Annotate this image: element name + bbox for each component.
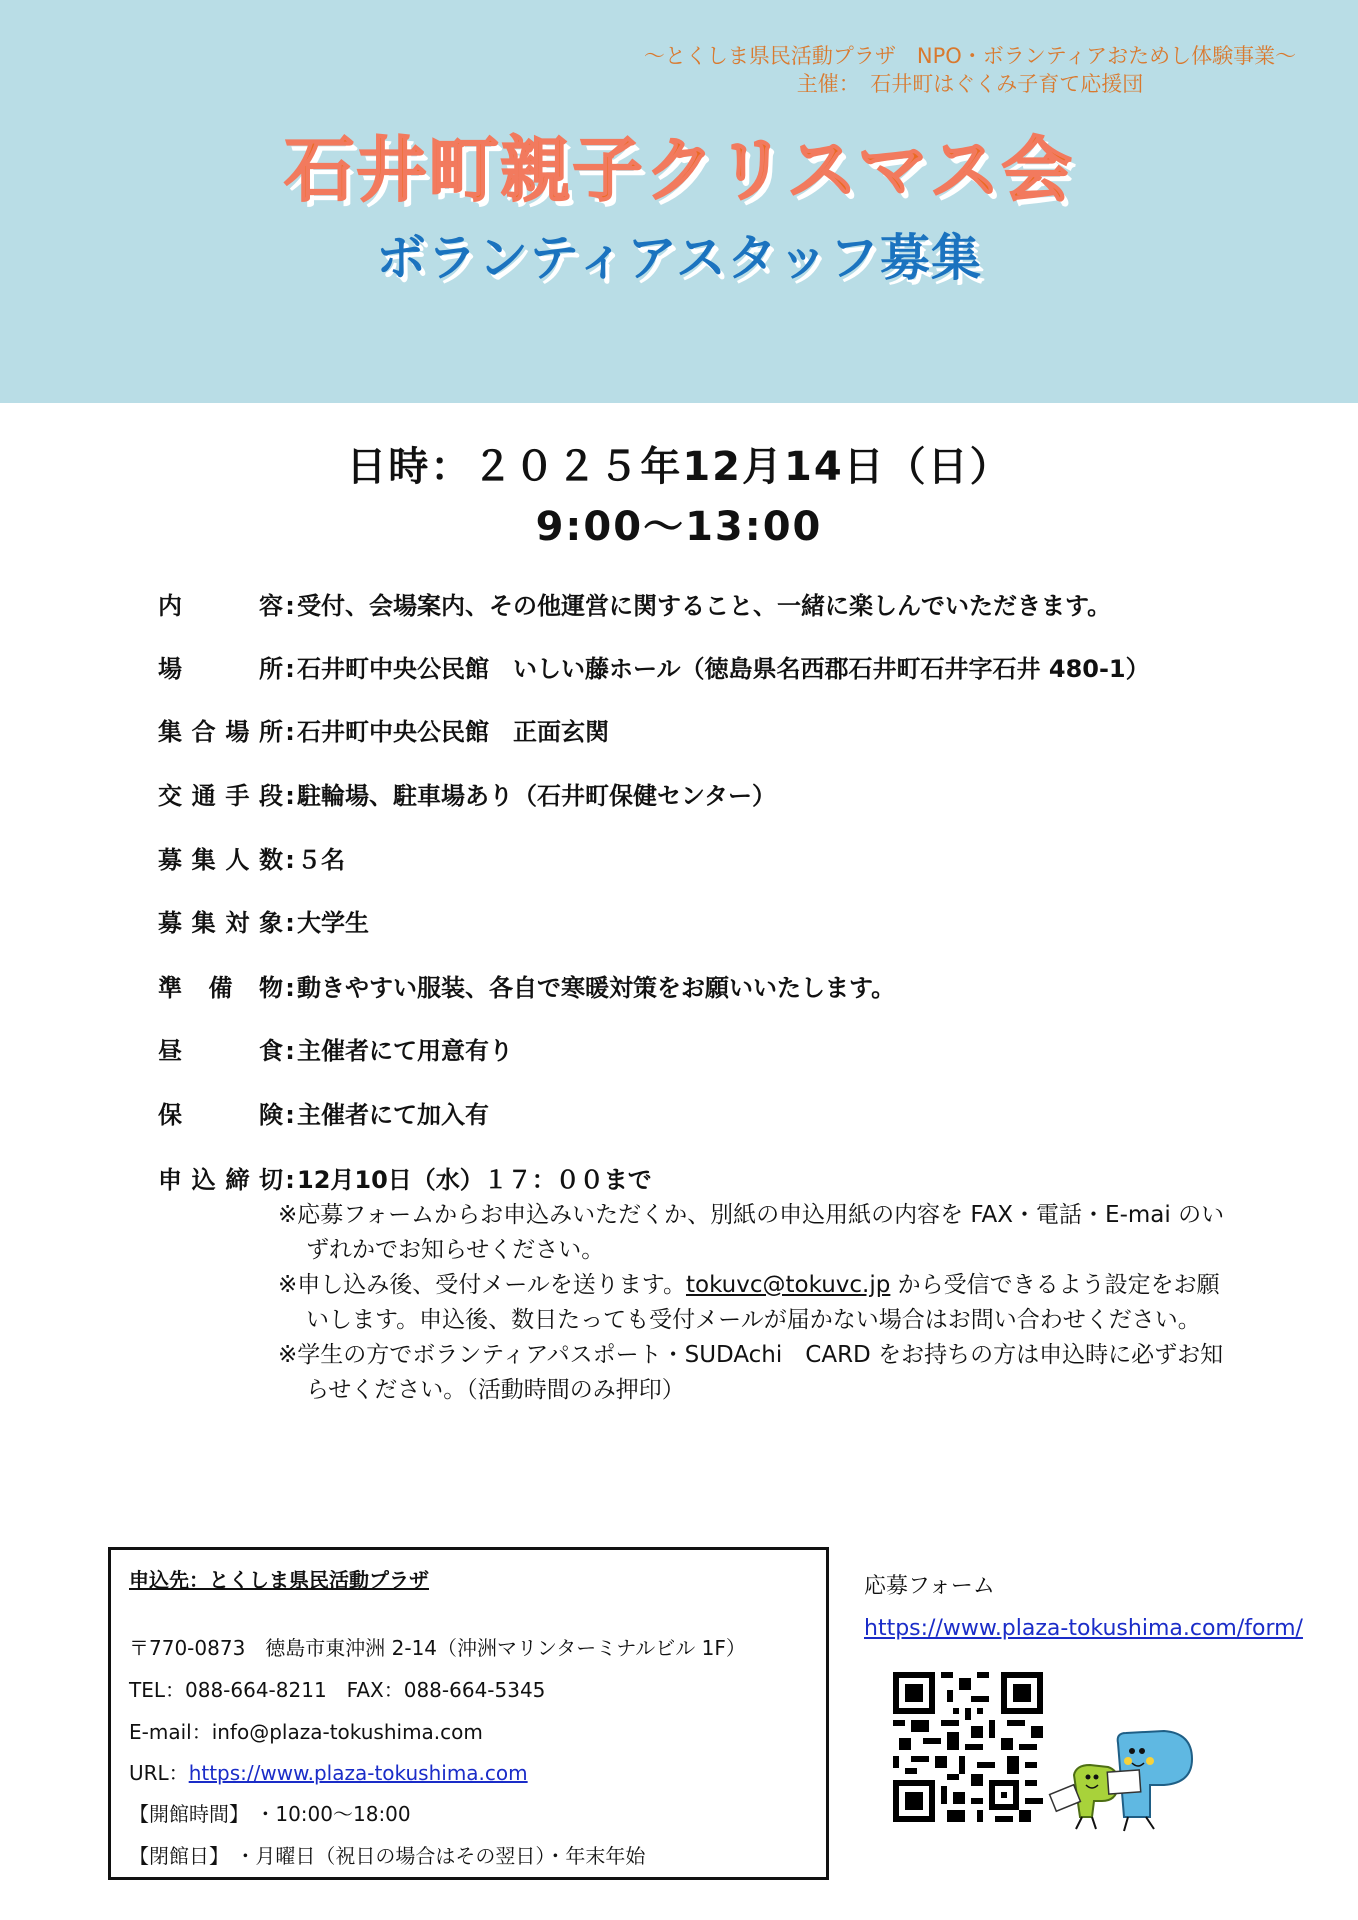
detail-label: 保険 — [158, 1099, 283, 1131]
contact-box: 申込先：とくしま県民活動プラザ 〒770-0873 徳島市東沖洲 2-14（沖洲… — [108, 1547, 829, 1880]
detail-value: 12月10日（水）１７：００まで — [297, 1164, 652, 1196]
contact-email: E-mail：info@plaza-tokushima.com — [129, 1718, 483, 1746]
contact-address: 〒770-0873 徳島市東沖洲 2-14（沖洲マリンターミナルビル 1F） — [129, 1634, 746, 1662]
detail-value: 石井町中央公民館 いしい藤ホール（徳島県名西郡石井町石井字石井 480-1） — [297, 653, 1150, 685]
detail-value: 主催者にて加入有 — [297, 1099, 489, 1131]
detail-label: 場所 — [158, 653, 283, 685]
detail-lunch: 昼食:主催者にて用意有り — [158, 1035, 513, 1067]
detail-insurance: 保険:主催者にて加入有 — [158, 1099, 489, 1131]
detail-value: 駐輪場、駐車場あり（石井町保健センター） — [297, 780, 776, 812]
detail-label: 昼食 — [158, 1035, 283, 1067]
confirmation-email-link[interactable]: tokuvc@tokuvc.jp — [686, 1272, 890, 1298]
detail-value: 石井町中央公民館 正面玄関 — [297, 716, 609, 748]
header-organizer: 主催： 石井町はぐくみ子育て応援団 — [600, 70, 1340, 98]
detail-label: 申込締切 — [158, 1164, 283, 1196]
contact-hours: 【開館時間】 ・10:00〜18:00 — [129, 1800, 411, 1828]
detail-transport: 交通手段:駐輪場、駐車場あり（石井町保健センター） — [158, 780, 776, 812]
contact-url-link[interactable]: https://www.plaza-tokushima.com — [189, 1761, 528, 1785]
contact-url-row: URL：https://www.plaza-tokushima.com — [129, 1759, 528, 1787]
detail-content: 内容:受付、会場案内、その他運営に関すること、一緒に楽しんでいただきます。 — [158, 590, 1111, 622]
detail-label: 内容 — [158, 590, 283, 622]
detail-label: 交通手段 — [158, 780, 283, 812]
detail-meeting-place: 集合場所:石井町中央公民館 正面玄関 — [158, 716, 609, 748]
detail-value: 動きやすい服装、各自で寒暖対策をお願いいたします。 — [297, 972, 895, 1004]
detail-label: 準備物 — [158, 972, 283, 1004]
header-tagline: 〜とくしま県民活動プラザ NPO・ボランティアおためし体験事業〜 — [600, 42, 1340, 70]
detail-target: 募集対象:大学生 — [158, 907, 369, 939]
page-subtitle: ボランティアスタッフ募集 — [0, 226, 1358, 290]
application-notes: ※応募フォームからお申込みいただくか、別紙の申込用紙の内容を FAX・電話・E-… — [278, 1198, 1238, 1408]
detail-value: 受付、会場案内、その他運営に関すること、一緒に楽しんでいただきます。 — [297, 590, 1111, 622]
contact-closed-days: 【閉館日】 ・月曜日（祝日の場合はその翌日）・年末年始 — [129, 1842, 645, 1870]
application-form-label: 応募フォーム — [864, 1572, 995, 1602]
detail-capacity: 募集人数:５名 — [158, 844, 345, 876]
event-time: 9:00〜13:00 — [0, 502, 1358, 552]
detail-value: 大学生 — [297, 907, 369, 939]
page-title: 石井町親子クリスマス会 — [0, 128, 1358, 212]
detail-venue: 場所:石井町中央公民館 いしい藤ホール（徳島県名西郡石井町石井字石井 480-1… — [158, 653, 1150, 685]
note-confirmation-email: ※申し込み後、受付メールを送ります。tokuvc@tokuvc.jp から受信で… — [278, 1268, 1238, 1338]
detail-label: 募集人数 — [158, 844, 283, 876]
detail-label: 集合場所 — [158, 716, 283, 748]
qr-code-icon[interactable] — [893, 1672, 1043, 1822]
detail-belongings: 準備物:動きやすい服装、各自で寒暖対策をお願いいたします。 — [158, 972, 895, 1004]
detail-value: 主催者にて用意有り — [297, 1035, 513, 1067]
detail-value: ５名 — [297, 844, 345, 876]
application-form-link[interactable]: https://www.plaza-tokushima.com/form/ — [864, 1614, 1303, 1644]
note-how-to-apply: ※応募フォームからお申込みいただくか、別紙の申込用紙の内容を FAX・電話・E-… — [278, 1198, 1238, 1268]
detail-deadline: 申込締切:12月10日（水）１７：００まで — [158, 1164, 652, 1196]
plaza-mascot-icon — [1046, 1725, 1196, 1837]
contact-phone: TEL：088-664-8211 FAX：088-664-5345 — [129, 1676, 545, 1704]
note-volunteer-passport: ※学生の方でボランティアパスポート・SUDAchi CARD をお持ちの方は申込… — [278, 1338, 1238, 1408]
detail-label: 募集対象 — [158, 907, 283, 939]
contact-heading: 申込先：とくしま県民活動プラザ — [129, 1566, 429, 1594]
event-date: 日時：２０２５年12月14日（日） — [0, 442, 1358, 492]
